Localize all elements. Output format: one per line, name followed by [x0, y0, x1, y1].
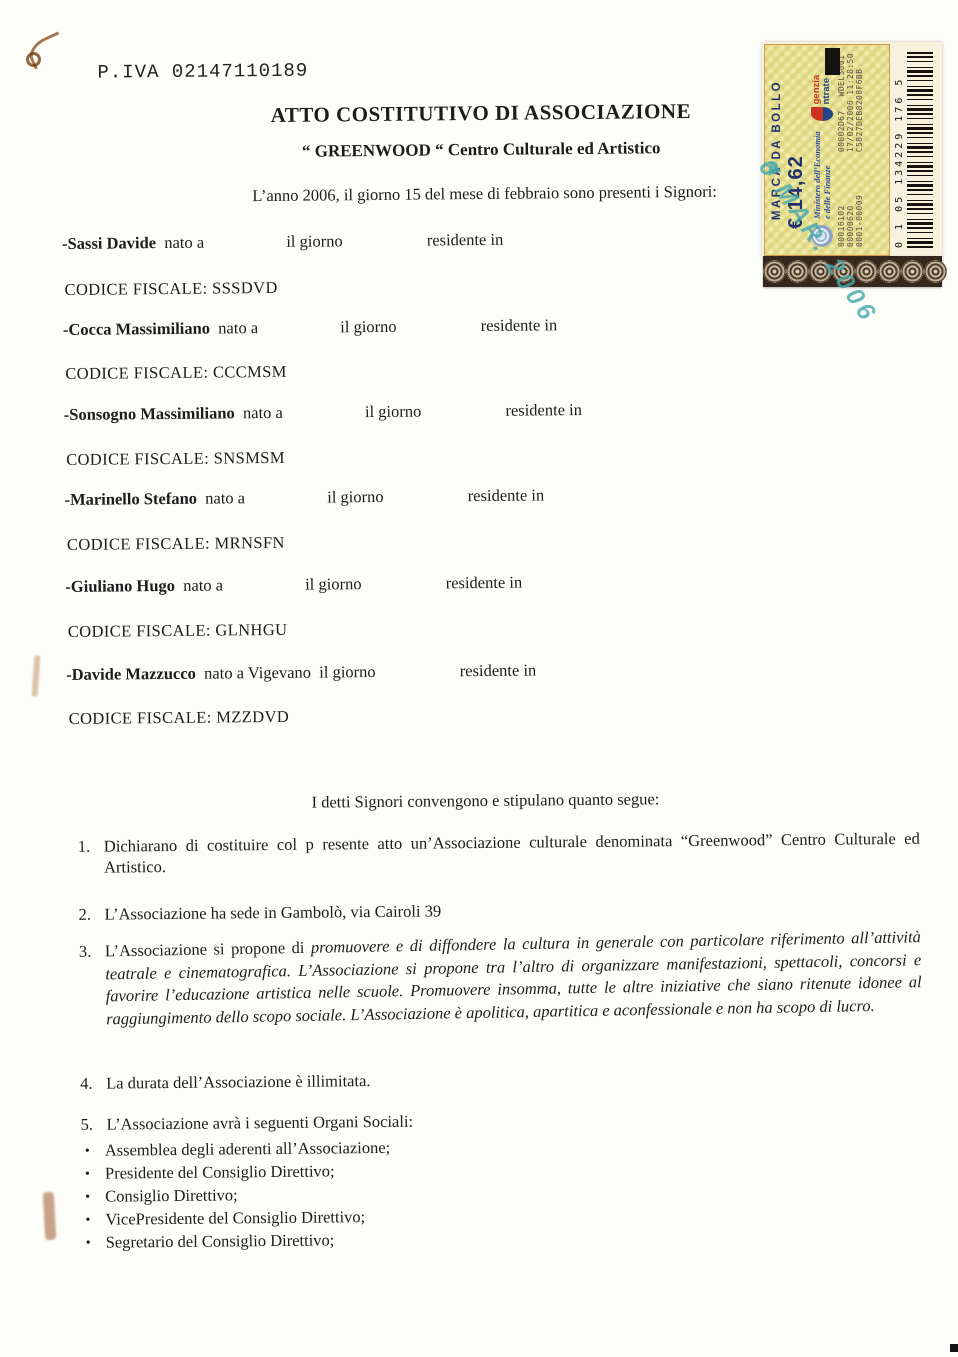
stamp-codes-left: 00016102 00000620 0001-00009 — [837, 195, 864, 247]
fiscal-code-line: CODICE FISCALE: SNSMSM — [66, 448, 285, 470]
signatory-name: -Sassi Davide — [62, 233, 156, 253]
signatory-name: -Giuliano Hugo — [65, 576, 175, 596]
fiscal-code-line: CODICE FISCALE: GLNHGU — [68, 620, 288, 642]
day-label: il giorno — [305, 574, 362, 594]
residence-label: residente in — [481, 315, 558, 335]
stamp-codes-right: 00002D67 WDEL3001 17/02/2006 11:28:50 C5… — [837, 53, 864, 152]
stamp-code: C5827DEB8208F6BB — [855, 69, 864, 152]
rust-staple-dot — [26, 52, 41, 67]
signatory-line: -Sassi Davide nato a il giorno residente… — [62, 230, 503, 254]
organ-label: Consiglio Direttivo; — [105, 1185, 238, 1205]
day-label: il giorno — [327, 487, 384, 507]
cancellation-mark — [825, 48, 840, 75]
bullet-icon: • — [85, 1190, 105, 1206]
fiscal-code-line: CODICE FISCALE: SSSDVD — [64, 278, 277, 300]
agenzia-word2: ntrate — [822, 75, 832, 105]
bullet-icon: • — [85, 1167, 105, 1183]
clause-4: 4.La durata dell’Associazione è illimita… — [80, 1065, 922, 1094]
stamp-barcode-zone: 0 1 05 134229 176 5 — [892, 42, 938, 258]
stamp-type-label: MARCA DA BOLLO — [771, 53, 783, 247]
born-label: nato a — [183, 575, 223, 594]
organ-item: •Assemblea degli aderenti all’Associazio… — [85, 1138, 391, 1161]
signatory-name: -Sonsogno Massimiliano — [64, 403, 235, 424]
clause-5: 5.L’Associazione avrà i seguenti Organi … — [80, 1106, 922, 1135]
day-label: il giorno — [340, 317, 397, 337]
fiscal-code-line: CODICE FISCALE: CCCMSM — [65, 362, 287, 384]
stamp-code: 00016102 — [837, 205, 846, 247]
signatory-name: -Marinello Stefano — [64, 489, 197, 509]
clause-text: Dichiarano di costituire col p resente a… — [104, 829, 920, 877]
clause-1: 1.Dichiarano di costituire col p resente… — [78, 828, 920, 878]
barcode-digits: 0 1 05 134229 176 5 — [894, 52, 905, 248]
bullet-icon: • — [85, 1144, 105, 1160]
born-label: nato a — [218, 318, 258, 337]
rosette-icon — [924, 260, 947, 283]
clause-number: 2. — [78, 904, 104, 925]
clause-number: 1. — [78, 836, 104, 857]
ministry-line1: Ministero dell’Economia — [812, 131, 822, 219]
clause-3: 3.L’Associazione si propone di promuover… — [79, 926, 922, 1031]
born-label: nato a — [205, 488, 245, 507]
organ-label: Segretario del Consiglio Direttivo; — [106, 1230, 335, 1251]
stamp-code: 00002D67 — [837, 110, 846, 152]
fiscal-code-line: CODICE FISCALE: MZZDVD — [69, 707, 290, 729]
signatory-name: -Davide Mazzucco — [66, 664, 196, 684]
agenzia-entrate-logo: genzia ntrate — [811, 75, 833, 122]
signatory-line: -Giuliano Hugo nato a il giorno resident… — [65, 573, 522, 597]
residence-label: residente in — [446, 573, 523, 593]
rosette-icon — [763, 260, 786, 283]
bullet-icon: • — [86, 1236, 106, 1252]
signatory-line: -Sonsogno Massimiliano nato a il giorno … — [64, 400, 582, 425]
signatory-line: -Davide Mazzucco nato a Vigevano il gior… — [66, 660, 536, 685]
signatory-line: -Cocca Massimiliano nato a il giorno res… — [63, 315, 558, 340]
agreement-heading: I detti Signori convengono e stipulano q… — [1, 786, 958, 815]
organ-label: VicePresidente del Consiglio Direttivo; — [105, 1207, 365, 1228]
organ-item: •Presidente del Consiglio Direttivo; — [85, 1161, 335, 1183]
rosette-icon — [901, 260, 924, 283]
clause-text: La durata dell’Associazione è illimitata… — [106, 1071, 371, 1093]
vat-number: P.IVA 02147110189 — [97, 60, 308, 84]
rosette-icon — [878, 260, 901, 283]
clause-number: 3. — [79, 940, 105, 963]
day-label: il giorno — [319, 662, 376, 682]
stamp-code: 00000620 — [846, 205, 855, 247]
organ-item: •Consiglio Direttivo; — [85, 1185, 238, 1206]
born-label: nato a — [243, 403, 283, 422]
residence-label: residente in — [468, 485, 545, 505]
bullet-icon: • — [85, 1213, 105, 1229]
born-label: nato a — [164, 233, 204, 252]
signatory-line: -Marinello Stefano nato a il giorno resi… — [64, 485, 544, 510]
ministry-label: Ministero dell’Economia e delle Finanze — [812, 131, 832, 219]
scanned-document-page: P.IVA 02147110189 ATTO COSTITUTIVO DI AS… — [0, 0, 958, 1357]
day-label: il giorno — [365, 402, 422, 422]
stamp-code: 0001-00009 — [855, 195, 864, 247]
clause-text-lead: L’Associazione si propone di — [105, 938, 311, 961]
clause-number: 5. — [80, 1114, 106, 1135]
residence-label: residente in — [460, 660, 537, 680]
signatory-name: -Cocca Massimiliano — [63, 319, 210, 339]
scan-edge-mark — [950, 1344, 958, 1352]
organ-item: •VicePresidente del Consiglio Direttivo; — [85, 1207, 365, 1230]
fiscal-code-line: CODICE FISCALE: MRNSFN — [67, 533, 285, 555]
stamp-body: MARCA DA BOLLO € 14,62 Ministero dell’Ec… — [764, 44, 890, 256]
barcode-icon — [907, 52, 933, 248]
organ-item: •Segretario del Consiglio Direttivo; — [86, 1230, 335, 1252]
ministry-line2: e delle Finanze — [822, 166, 832, 219]
born-label: nato a Vigevano — [204, 663, 311, 683]
clause-text: L’Associazione ha sede in Gambolò, via C… — [104, 901, 441, 923]
residence-label: residente in — [427, 230, 504, 250]
organ-label: Assemblea degli aderenti all’Associazion… — [105, 1138, 391, 1160]
residence-label: residente in — [505, 400, 582, 420]
clause-number: 4. — [80, 1073, 106, 1094]
day-label: il giorno — [286, 231, 343, 251]
organ-label: Presidente del Consiglio Direttivo; — [105, 1161, 335, 1182]
clause-2: 2.L’Associazione ha sede in Gambolò, via… — [78, 896, 920, 925]
clause-text: L’Associazione avrà i seguenti Organi So… — [106, 1112, 413, 1134]
rosette-icon — [786, 260, 809, 283]
agenzia-glyph-icon — [811, 107, 833, 121]
stamp-timestamp: 17/02/2006 11:28:50 — [846, 53, 855, 152]
revenue-stamp: MARCA DA BOLLO € 14,62 Ministero dell’Ec… — [762, 42, 942, 258]
